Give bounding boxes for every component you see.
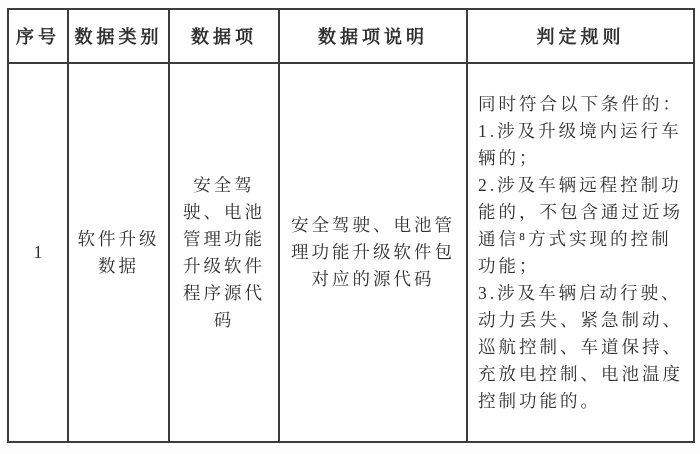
cell-data-item: 安全驾驶、电池管理功能升级软件程序源代码 [169, 63, 279, 442]
table-header-row: 序号 数据类别 数据项 数据项说明 判定规则 [8, 9, 694, 63]
header-index: 序号 [8, 9, 68, 63]
cell-data-item-description: 安全驾驶、电池管理功能升级软件包对应的源代码 [279, 63, 467, 442]
header-data-category: 数据类别 [68, 9, 169, 63]
data-classification-table: 序号 数据类别 数据项 数据项说明 判定规则 1 软件升级数据 安全驾驶、电池管… [7, 8, 695, 443]
table-row: 1 软件升级数据 安全驾驶、电池管理功能升级软件程序源代码 安全驾驶、电池管理功… [8, 63, 694, 442]
rule-condition-3: 3.涉及车辆启动行驶、动力丢失、紧急制动、巡航控制、车道保持、充放电控制、电池温… [478, 280, 685, 415]
rule-condition-1: 1.涉及升级境内运行车辆的； [478, 118, 685, 172]
header-determination-rule: 判定规则 [467, 9, 694, 63]
rule-intro: 同时符合以下条件的： [478, 91, 685, 118]
rule-condition-2: 2.涉及车辆远程控制功能的，不包含通过近场通信⁸方式实现的控制功能； [478, 172, 685, 280]
cell-data-category: 软件升级数据 [68, 63, 169, 442]
header-data-item: 数据项 [169, 9, 279, 63]
cell-index: 1 [8, 63, 68, 442]
header-data-item-description: 数据项说明 [279, 9, 467, 63]
cell-determination-rule: 同时符合以下条件的： 1.涉及升级境内运行车辆的； 2.涉及车辆远程控制功能的，… [467, 63, 694, 442]
document-page: 序号 数据类别 数据项 数据项说明 判定规则 1 软件升级数据 安全驾驶、电池管… [0, 0, 700, 454]
